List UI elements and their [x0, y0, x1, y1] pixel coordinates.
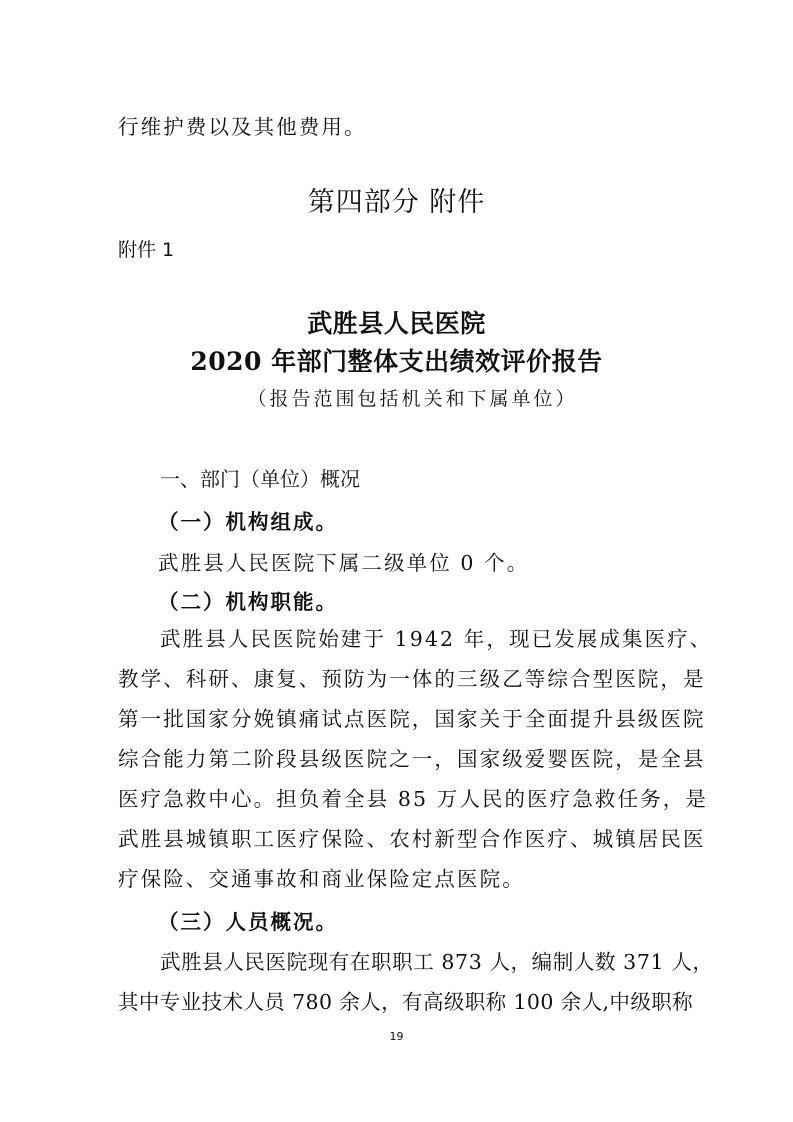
section-heading: 一、部门（单位）概况 — [160, 463, 360, 492]
paragraph-line: 其中专业技术人员 780 余人，有高级职称 100 余人,中级职称 — [118, 985, 678, 1015]
paragraph-line: 医疗急救中心。担负着全县 85 万人民的医疗急救任务，是 — [118, 782, 678, 812]
page-number: 19 — [0, 1030, 793, 1043]
subsection-heading-functions: （二）机构职能。 — [158, 585, 338, 615]
paragraph-line: 武胜县城镇职工医疗保险、农村新型合作医疗、城镇居民医 — [118, 822, 678, 852]
paragraph-line: 疗保险、交通事故和商业保险定点医院。 — [118, 862, 525, 892]
attachment-label: 附件 1 — [118, 235, 174, 262]
paragraph-line: 武胜县人民医院现有在职职工 873 人，编制人数 371 人， — [160, 945, 678, 975]
paragraph-line: 武胜县人民医院始建于 1942 年，现已发展成集医疗、 — [160, 622, 678, 652]
paragraph-line: 第一批国家分娩镇痛试点医院，国家关于全面提升县级医院 — [118, 702, 678, 732]
carryover-text: 行维护费以及其他费用。 — [118, 110, 367, 140]
report-subtitle: （报告范围包括机关和下属单位） — [16, 384, 793, 411]
report-title-line1: 武胜县人民医院 — [0, 304, 793, 340]
subsection-heading-org: （一）机构组成。 — [158, 505, 338, 535]
paragraph-line: 武胜县人民医院下属二级单位 0 个。 — [158, 546, 529, 576]
part-title: 第四部分 附件 — [0, 180, 793, 219]
paragraph-line: 教学、科研、康复、预防为一体的三级乙等综合型医院，是 — [118, 662, 678, 692]
paragraph-line: 综合能力第二阶段县级医院之一，国家级爱婴医院，是全县 — [118, 742, 678, 772]
subsection-heading-staff: （三）人员概况。 — [158, 905, 338, 935]
report-title-line2: 2020 年部门整体支出绩效评价报告 — [0, 342, 793, 378]
